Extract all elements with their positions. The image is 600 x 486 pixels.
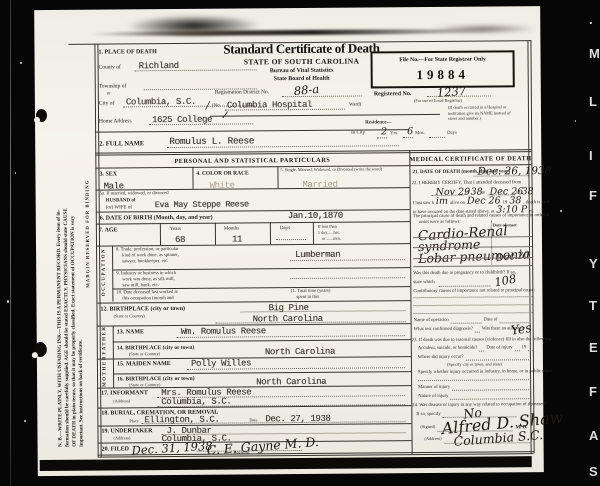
principal-cause-label: The principal cause of death and related… [413, 213, 550, 220]
signed-label: (Signed) [420, 424, 435, 430]
spouse-question-label: 5a. If married, widowed, or divorced [100, 191, 169, 197]
specify-city-label: (Specify city or town, and state) [447, 361, 502, 367]
ward-label: Ward) [349, 103, 361, 109]
birthplace-label: 12. BIRTHPLACE (city or town) [100, 306, 185, 313]
dotted-leader [475, 327, 480, 333]
race-label: 4. COLOR OR RACE [196, 170, 248, 176]
spouse-value: Eva May Steppe Reese [155, 199, 249, 210]
where-row: Where did injury occur? [418, 354, 531, 361]
occupation-vertical-label: OCCUPATION [101, 237, 107, 307]
district-value: 88-a [293, 82, 320, 98]
dotted-leader [479, 346, 484, 352]
local-registrar-note: (For use of Local Registrar) [414, 98, 462, 104]
rule [192, 167, 193, 189]
microfilm-frame: . M L I F Y T E F A S N. B.—WRITE PLAINL… [0, 0, 600, 486]
marital-label: 5. Single, Married, Widowed, or Divorced… [280, 166, 407, 173]
city-label: City of [99, 100, 114, 106]
where-label: Where did injury occur? [418, 355, 464, 361]
dotted-leader [403, 137, 413, 138]
punch-hole-highlight [34, 117, 40, 123]
file-number-box: File No.—For State Registrar Only 19884 [370, 50, 514, 88]
pregnancy-label: state which [413, 280, 434, 286]
certificate-sheet: N. B.—WRITE PLAINLY, WITH UNFADING INK—T… [0, 0, 600, 486]
principal-cause-label: onset were as follows: [419, 220, 461, 226]
days-label: Days [447, 131, 457, 137]
rule [313, 222, 314, 244]
nature-row: Nature of injury [418, 393, 531, 400]
rule [160, 223, 161, 245]
less-than-label: 1 day......hrs. [318, 230, 340, 236]
test-label: What test confirmed diagnosis? [414, 327, 473, 333]
autopsy-row: What test confirmed diagnosis?Was there … [414, 326, 524, 333]
maiden-name-value: Polly Willes [191, 358, 251, 368]
trade-label: sawyer, bookkeeper, etc. [122, 259, 168, 265]
filed-label: 20. FILED [102, 446, 129, 453]
father-name-value: Wm. Romulus Reese [181, 326, 266, 337]
dotted-leader [451, 318, 482, 324]
residence-label: Residence— [365, 120, 391, 126]
dotted-leader [429, 137, 445, 138]
dotted-leader [466, 354, 531, 361]
punch-hole-highlight [32, 352, 38, 358]
father-name-label: 13. NAME [117, 329, 144, 336]
husband-label: HUSBAND of [106, 198, 136, 204]
age-label: 7. AGE [99, 227, 118, 234]
county-label: County of [99, 64, 121, 70]
injury-date-label: Date of injury [486, 345, 512, 351]
file-number-value: 19884 [373, 66, 513, 83]
trade-value: Lumberman [295, 250, 340, 260]
undertaker-address-label: (Address) [114, 435, 131, 441]
margin-instructions: N. B.—WRITE PLAINLY, WITH UNFADING INK—T… [55, 137, 85, 447]
medical-section-title: MEDICAL CERTIFICATE OF DEATH [409, 155, 531, 163]
township-label: Township of [99, 83, 127, 90]
or-label: or [107, 91, 111, 97]
yrs-label: Yrs. [390, 131, 398, 137]
less-than-label: or ......min. [322, 236, 341, 242]
state-country-label: (State or Country) [129, 351, 160, 357]
registered-label: Registered No. [374, 91, 412, 98]
in-city-label: In City [351, 130, 365, 136]
autopsy-value: Yes [510, 320, 533, 338]
no-label: (No [212, 104, 220, 110]
accident-label: Accident, suicide, or homicide? [418, 346, 478, 352]
informant-label: 17. INFORMANT [101, 390, 148, 397]
less-than-label: If less than [318, 224, 337, 230]
undertaker-label: 19. UNDERTAKER [101, 428, 152, 435]
operation-label: Name of operation [414, 318, 449, 324]
place-of-death-label: 1. PLACE OF DEATH [98, 49, 156, 56]
nature-label: Nature of injury [418, 394, 448, 400]
state-line: STATE OF SOUTH CAROLINA [220, 56, 384, 66]
hospital-note: (If death occurred in a Hospital or inst… [448, 104, 520, 121]
nineteen-label: 19 [522, 345, 527, 351]
slash-mark: / [206, 100, 210, 112]
punch-hole [34, 342, 47, 357]
punch-hole [36, 109, 47, 122]
years-label: Years [170, 227, 181, 233]
manner-row: Manner of injury [418, 384, 531, 391]
residence-months-value: 6 [407, 126, 413, 137]
dotted-leader [377, 137, 387, 138]
rule [277, 166, 278, 188]
dotted-leader [450, 393, 531, 400]
rule [215, 223, 216, 245]
father-birthplace-value: North Carolina [265, 347, 335, 358]
state-country-label: (State or Country) [114, 313, 145, 319]
address-label: (Address) [425, 436, 442, 442]
certificate-title: Standard Certificate of Death [219, 40, 383, 57]
residence-years-value: 2 [381, 126, 387, 137]
date-of-label: Date of [484, 318, 498, 324]
accident-row: Accident, suicide, or homicide?Date of i… [418, 345, 531, 352]
manner-label: Manner of injury [418, 385, 450, 391]
maiden-name-label: 15. MAIDEN NAME [117, 361, 171, 368]
home-address-label: Home Address [99, 118, 132, 125]
dotted-leader [528, 345, 533, 351]
sex-label: 3. SEX [99, 171, 117, 178]
dotted-leader [452, 384, 531, 391]
mos-label: Mos. [415, 131, 425, 137]
full-name-label: 2. FULL NAME [99, 140, 144, 147]
dob-value: Jan.10,1870 [288, 211, 343, 221]
full-name-value: Romulus L. Reese [169, 135, 254, 147]
months-label: Months [224, 226, 239, 232]
burial-place-label: Place [129, 418, 138, 424]
dob-label: 6. DATE OF BIRTH (Month, day, and year) [100, 215, 213, 222]
district-label: Registration District No. [215, 89, 269, 96]
age-months-value: 11 [232, 234, 242, 244]
age-years-value: 68 [175, 235, 185, 245]
ifso-label: If so, specify [416, 412, 440, 418]
external-causes-label: 23. If death was due to external causes … [412, 337, 552, 344]
rule [270, 222, 271, 244]
specify-place-label: Specify whether injury occurred in indus… [418, 369, 553, 376]
informant-address-label: (Address) [113, 398, 130, 404]
contributory-label: Contributory causes of importance not re… [413, 288, 535, 295]
days-column-label: Days [280, 226, 290, 232]
dotted-leader [515, 345, 520, 351]
margin-binding-note: MARGIN RESERVED FOR BINDING [85, 129, 95, 339]
file-number-label: File No.—For State Registrar Only [373, 56, 513, 63]
